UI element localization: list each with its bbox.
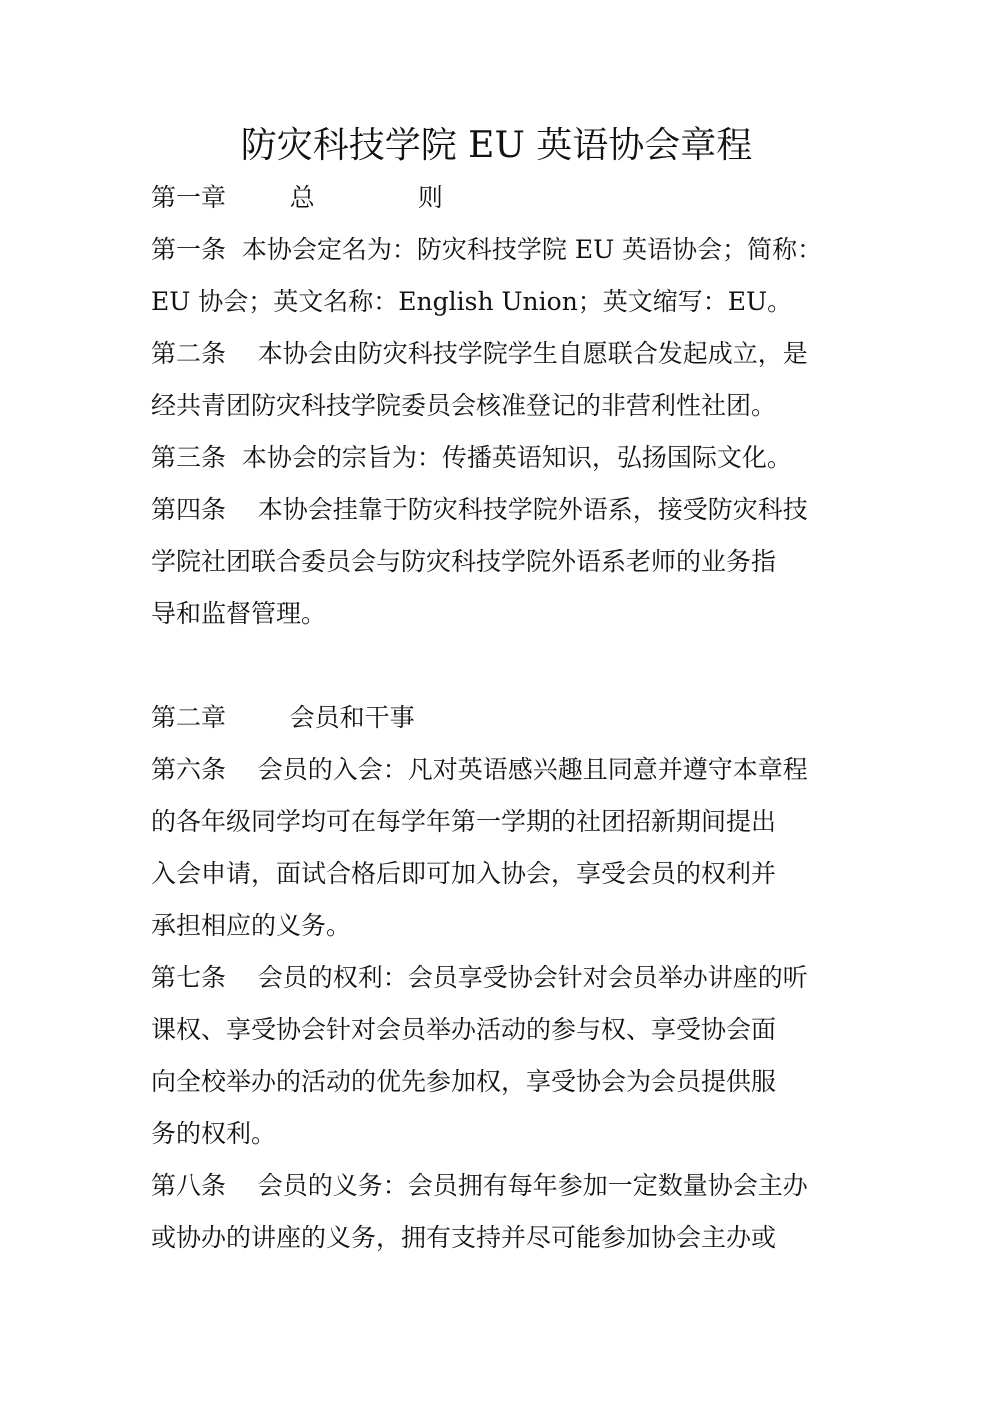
document-title: 防灾科技学院 EU 英语协会章程 [0,124,993,168]
article-8-line-1: 第八条 会员的义务：会员拥有每年参加一定数量协会主办 [151,1169,808,1203]
article-7-line-3: 向全校举办的活动的优先参加权，享受协会为会员提供服 [151,1065,776,1099]
article-6-line-4: 承担相应的义务。 [151,909,351,943]
article-6-line-2: 的各年级同学均可在每学年第一学期的社团招新期间提出 [151,805,776,839]
article-4-line-2: 学院社团联合委员会与防灾科技学院外语系老师的业务指 [151,545,776,579]
article-2-line-2: 经共青团防灾科技学院委员会核准登记的非营利性社团。 [151,389,776,423]
article-2-line-1: 第二条 本协会由防灾科技学院学生自愿联合发起成立，是 [151,337,808,371]
article-7-line-1: 第七条 会员的权利：会员享受协会针对会员举办讲座的听 [151,961,808,995]
article-4-line-3: 导和监督管理。 [151,597,326,631]
article-7-line-4: 务的权利。 [151,1117,276,1151]
article-7-line-2: 课权、享受协会针对会员举办活动的参与权、享受协会面 [151,1013,776,1047]
article-6-line-3: 入会申请，面试合格后即可加入协会，享受会员的权利并 [151,857,776,891]
chapter-1-heading: 第一章 总 则 [151,181,443,215]
article-1-line-1: 第一条 本协会定名为：防灾科技学院 EU 英语协会；简称： [151,233,822,267]
chapter-2-heading: 第二章 会员和干事 [151,701,415,735]
article-6-line-1: 第六条 会员的入会：凡对英语感兴趣且同意并遵守本章程 [151,753,808,787]
article-1-line-2: EU 协会；英文名称：English Union；英文缩写：EU。 [151,285,792,319]
article-3-line-1: 第三条 本协会的宗旨为：传播英语知识，弘扬国际文化。 [151,441,792,475]
article-8-line-2: 或协办的讲座的义务，拥有支持并尽可能参加协会主办或 [151,1221,776,1255]
article-4-line-1: 第四条 本协会挂靠于防灾科技学院外语系，接受防灾科技 [151,493,808,527]
